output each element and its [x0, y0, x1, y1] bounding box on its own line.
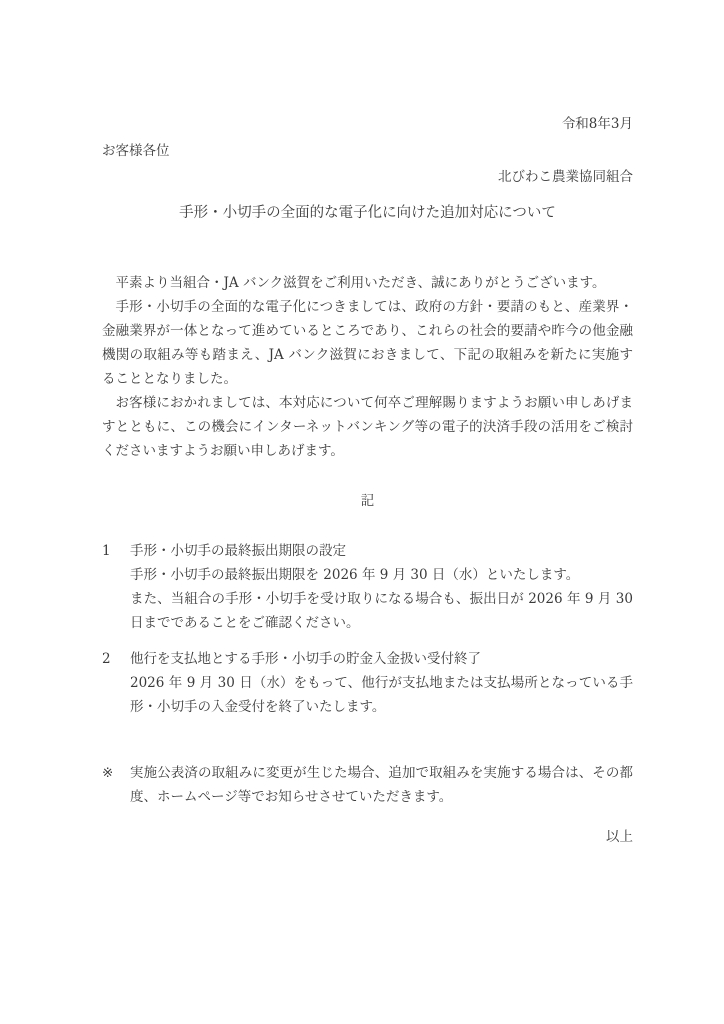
item-body-line: 手形・小切手の最終振出期限を 2026 年 9 月 30 日（水）といたします。 [130, 563, 633, 587]
item-content: 手形・小切手の最終振出期限の設定 手形・小切手の最終振出期限を 2026 年 9… [130, 539, 633, 635]
item-heading: 手形・小切手の最終振出期限の設定 [130, 539, 633, 563]
list-item: 2 他行を支払地とする手形・小切手の貯金入金扱い受付終了 2026 年 9 月 … [102, 647, 633, 719]
note-marker: ※ [102, 761, 130, 785]
document-recipient: お客様各位 [102, 139, 633, 163]
document-body: 平素より当組合・JA バンク滋賀をご利用いただき、誠にありがとうございます。 手… [102, 271, 633, 463]
list-item: 1 手形・小切手の最終振出期限の設定 手形・小切手の最終振出期限を 2026 年… [102, 539, 633, 635]
document-content: 令和8年3月 お客様各位 北びわこ農業協同組合 手形・小切手の全面的な電子化に向… [0, 0, 724, 849]
note-text: 実施公表済の取組みに変更が生じた場合、追加で取組みを実施する場合は、その都度、ホ… [130, 761, 633, 809]
item-heading: 他行を支払地とする手形・小切手の貯金入金扱い受付終了 [130, 647, 633, 671]
item-body-line: また、当組合の手形・小切手を受け取りになる場合も、振出日が 2026 年 9 月… [130, 587, 633, 635]
paragraph-background: 手形・小切手の全面的な電子化につきましては、政府の方針・要請のもと、産業界・金融… [102, 295, 633, 391]
item-number: 1 [102, 539, 130, 563]
note-block: ※ 実施公表済の取組みに変更が生じた場合、追加で取組みを実施する場合は、その都度… [102, 761, 633, 809]
record-marker: 記 [102, 489, 633, 513]
document-title: 手形・小切手の全面的な電子化に向けた追加対応について [102, 201, 633, 225]
paragraph-greeting: 平素より当組合・JA バンク滋賀をご利用いただき、誠にありがとうございます。 [102, 271, 633, 295]
item-content: 他行を支払地とする手形・小切手の貯金入金扱い受付終了 2026 年 9 月 30… [130, 647, 633, 719]
paragraph-request: お客様におかれましては、本対応について何卒ご理解賜りますようお願い申しあげますと… [102, 391, 633, 463]
document-closing: 以上 [102, 825, 633, 849]
document-sender: 北びわこ農業協同組合 [102, 165, 633, 189]
document-page: 令和8年3月 お客様各位 北びわこ農業協同組合 手形・小切手の全面的な電子化に向… [0, 0, 724, 1024]
item-number: 2 [102, 647, 130, 671]
document-date: 令和8年3月 [102, 112, 633, 136]
item-body-line: 2026 年 9 月 30 日（水）をもって、他行が支払地または支払場所となって… [130, 671, 633, 719]
